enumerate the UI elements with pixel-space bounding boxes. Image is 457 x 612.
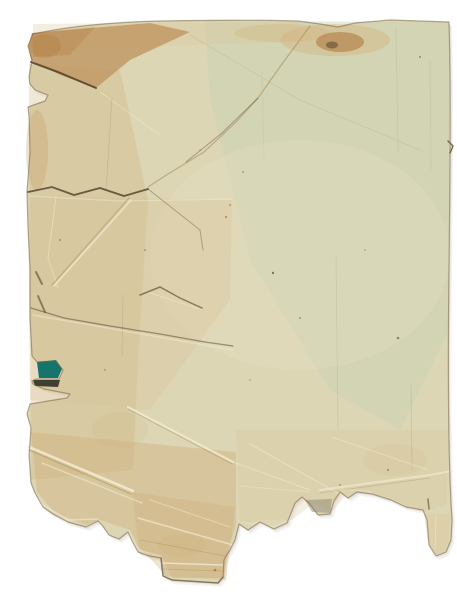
rust-speck xyxy=(225,216,227,218)
scanned-image xyxy=(0,0,457,612)
speck xyxy=(339,484,341,486)
tint-overlays xyxy=(28,21,450,580)
speck xyxy=(242,171,244,173)
torn-paper-graphic xyxy=(0,0,457,612)
speck xyxy=(299,317,301,319)
top-stain-dark-spot xyxy=(326,42,338,49)
faint-blotch-lowerright xyxy=(363,444,427,476)
speck xyxy=(364,249,366,251)
speck xyxy=(249,379,251,381)
speck xyxy=(104,369,106,371)
faint-blotch-lowerleft xyxy=(92,412,148,448)
rust-speck xyxy=(214,569,217,572)
right-flap-nick xyxy=(428,499,429,509)
speck xyxy=(144,249,146,251)
top-stain-core xyxy=(316,32,364,52)
speck xyxy=(272,272,274,274)
speck xyxy=(199,149,201,151)
flap-brown-stain xyxy=(29,34,61,58)
rust-speck xyxy=(229,204,231,206)
gray-board-lump xyxy=(305,499,332,513)
speck xyxy=(397,337,400,340)
speck xyxy=(59,239,61,241)
speck xyxy=(387,469,389,471)
top-stain-band xyxy=(234,24,330,42)
speck xyxy=(419,56,421,58)
scan-background: { "scene": { "type": "natural-image", "s… xyxy=(0,0,457,612)
